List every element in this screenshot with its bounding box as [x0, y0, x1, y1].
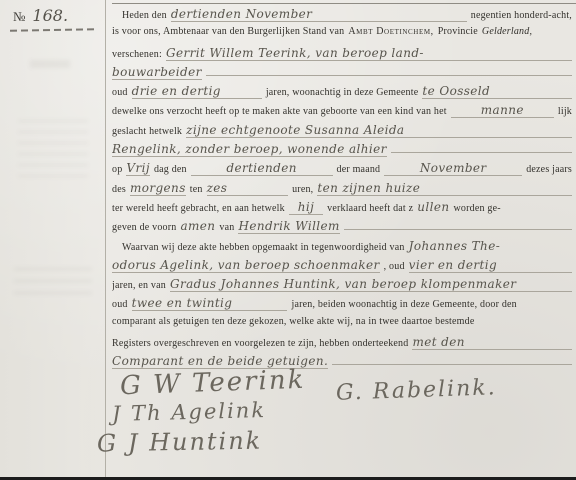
act-line: Waarvan wij deze akte hebben opgemaakt i… — [112, 239, 572, 258]
handwritten-text: hij — [289, 200, 323, 215]
printed-text: verschenen: — [112, 49, 162, 60]
printed-text: geven de voorn — [112, 222, 176, 233]
act-line: opVrijdag dendertiendender maandNovember… — [112, 161, 572, 180]
act-line: bouwarbeider — [112, 65, 572, 84]
printed-text: jaren, woonachtig in deze Gemeente — [266, 87, 419, 98]
act-line: ouddrie en dertigjaren, woonachtig in de… — [112, 84, 572, 103]
bleedthrough-smudge — [30, 60, 70, 68]
handwritten-text: odorus Agelink, van beroep schoenmaker — [112, 258, 380, 273]
printed-text: jaren, en van — [112, 280, 166, 291]
printed-text: op — [112, 164, 122, 175]
signature-witness-2: G J Huntink — [97, 427, 263, 458]
handwritten-text: dertienden — [191, 161, 333, 176]
act-line: oudtwee en twintigjaren, beiden woonacht… — [112, 296, 572, 315]
printed-text: van — [219, 222, 234, 233]
handwritten-text: amen — [180, 219, 215, 233]
printed-text: Heden den — [122, 10, 167, 21]
act-line: ter wereld heeft gebracht, en aan hetwel… — [112, 200, 572, 219]
top-rule — [112, 3, 576, 4]
act-line: Heden dendertienden Novembernegentien ho… — [112, 7, 572, 26]
act-number-value: 168. — [32, 6, 68, 25]
handwritten-text: dertienden November — [171, 7, 467, 22]
printed-text: der maand — [337, 164, 381, 175]
printed-text: jaren, beiden woonachtig in deze Gemeent… — [291, 299, 516, 310]
handwritten-text: Rengelink, zonder beroep, wonende alhier — [112, 142, 387, 157]
blank-line — [206, 75, 572, 76]
act-line: is voor ons, Ambtenaar van den Burgerlij… — [112, 26, 572, 45]
act-line: verschenen:Gerrit Willem Teerink, van be… — [112, 46, 572, 65]
handwritten-text: manne — [451, 103, 554, 118]
printed-text: oud — [112, 299, 128, 310]
blank-line — [332, 364, 572, 365]
act-number-symbol: № — [13, 9, 26, 24]
printed-text: Registers overgeschreven en voorgelezen … — [112, 338, 408, 349]
handwritten-text: ten zijnen huize — [317, 181, 572, 196]
handwritten-text: Hendrik Willem — [238, 219, 339, 234]
printed-text: Provincie — [438, 26, 478, 37]
printed-text: , oud — [384, 261, 405, 272]
printed-text: verklaard heeft dat z — [327, 203, 413, 214]
handwritten-text: morgens — [130, 181, 186, 196]
handwritten-text: zijne echtgenoote Susanna Aleida — [186, 123, 572, 138]
act-line: jaren, en vanGradus Johannes Huntink, va… — [112, 277, 572, 296]
printed-text: comparant als getuigen ten deze gekozen,… — [112, 316, 474, 327]
printed-text: Waarvan wij deze akte hebben opgemaakt i… — [122, 242, 405, 253]
printed-text: ten — [190, 184, 203, 195]
act-line: desmorgenstenzesuren,ten zijnen huize — [112, 181, 572, 200]
handwritten-text: November — [384, 161, 522, 176]
printed-text: ter wereld heeft gebracht, en aan hetwel… — [112, 203, 285, 214]
act-line: odorus Agelink, van beroep schoenmaker, … — [112, 258, 572, 277]
handwritten-text: Gradus Johannes Huntink, van beroep klom… — [170, 277, 572, 292]
act-body: Heden dendertienden Novembernegentien ho… — [112, 7, 572, 374]
printed-text: negentien honderd-acht, — [471, 10, 572, 21]
act-line: comparant als getuigen ten deze gekozen,… — [112, 316, 572, 335]
act-line: geven de voornamenvanHendrik Willem — [112, 219, 572, 238]
act-number: №168. — [13, 6, 68, 26]
printed-text: geslacht hetwelk — [112, 126, 182, 137]
handwritten-text: Gerrit Willem Teerink, van beroep land- — [166, 46, 572, 61]
printed-text: is voor ons, Ambtenaar van den Burgerlij… — [112, 26, 344, 37]
signature-witness-1: J Th Agelink — [112, 398, 267, 426]
printed-text: lijk — [558, 106, 572, 117]
act-line: geslacht hetwelkzijne echtgenoote Susann… — [112, 123, 572, 142]
printed-text: Gelderland, — [482, 26, 532, 37]
handwritten-text: zes — [207, 181, 289, 196]
printed-text: oud — [112, 87, 128, 98]
printed-text: dewelke ons verzocht heeft op te maken a… — [112, 106, 447, 117]
handwritten-text: bouwarbeider — [112, 65, 202, 80]
handwritten-text: drie en dertig — [132, 84, 262, 99]
printed-text: worden ge- — [453, 203, 500, 214]
act-line: Rengelink, zonder beroep, wonende alhier — [112, 142, 572, 161]
blank-line — [344, 229, 572, 230]
handwritten-text: Vrij — [126, 161, 150, 176]
printed-text: dezes jaars — [526, 164, 572, 175]
bleedthrough-smudge — [14, 268, 92, 302]
printed-text: dag den — [154, 164, 187, 175]
printed-text: des — [112, 184, 126, 195]
bleedthrough-smudge — [18, 120, 88, 180]
act-number-underline — [10, 28, 96, 32]
handwritten-text: met den — [412, 335, 572, 350]
printed-text: uren, — [292, 184, 313, 195]
handwritten-text: twee en twintig — [132, 296, 288, 311]
left-margin: №168. — [0, 0, 105, 480]
handwritten-text: vier en dertig — [409, 258, 572, 273]
printed-text: Ambt Doetinchem, — [348, 26, 433, 37]
act-line: Registers overgeschreven en voorgelezen … — [112, 335, 572, 354]
act-line: dewelke ons verzocht heeft op te maken a… — [112, 103, 572, 122]
blank-line — [391, 152, 572, 153]
handwritten-text: Johannes The- — [409, 239, 572, 253]
margin-divider-rule — [105, 0, 106, 477]
handwritten-text: te Oosseld — [422, 84, 572, 99]
handwritten-text: ullen — [417, 200, 449, 214]
